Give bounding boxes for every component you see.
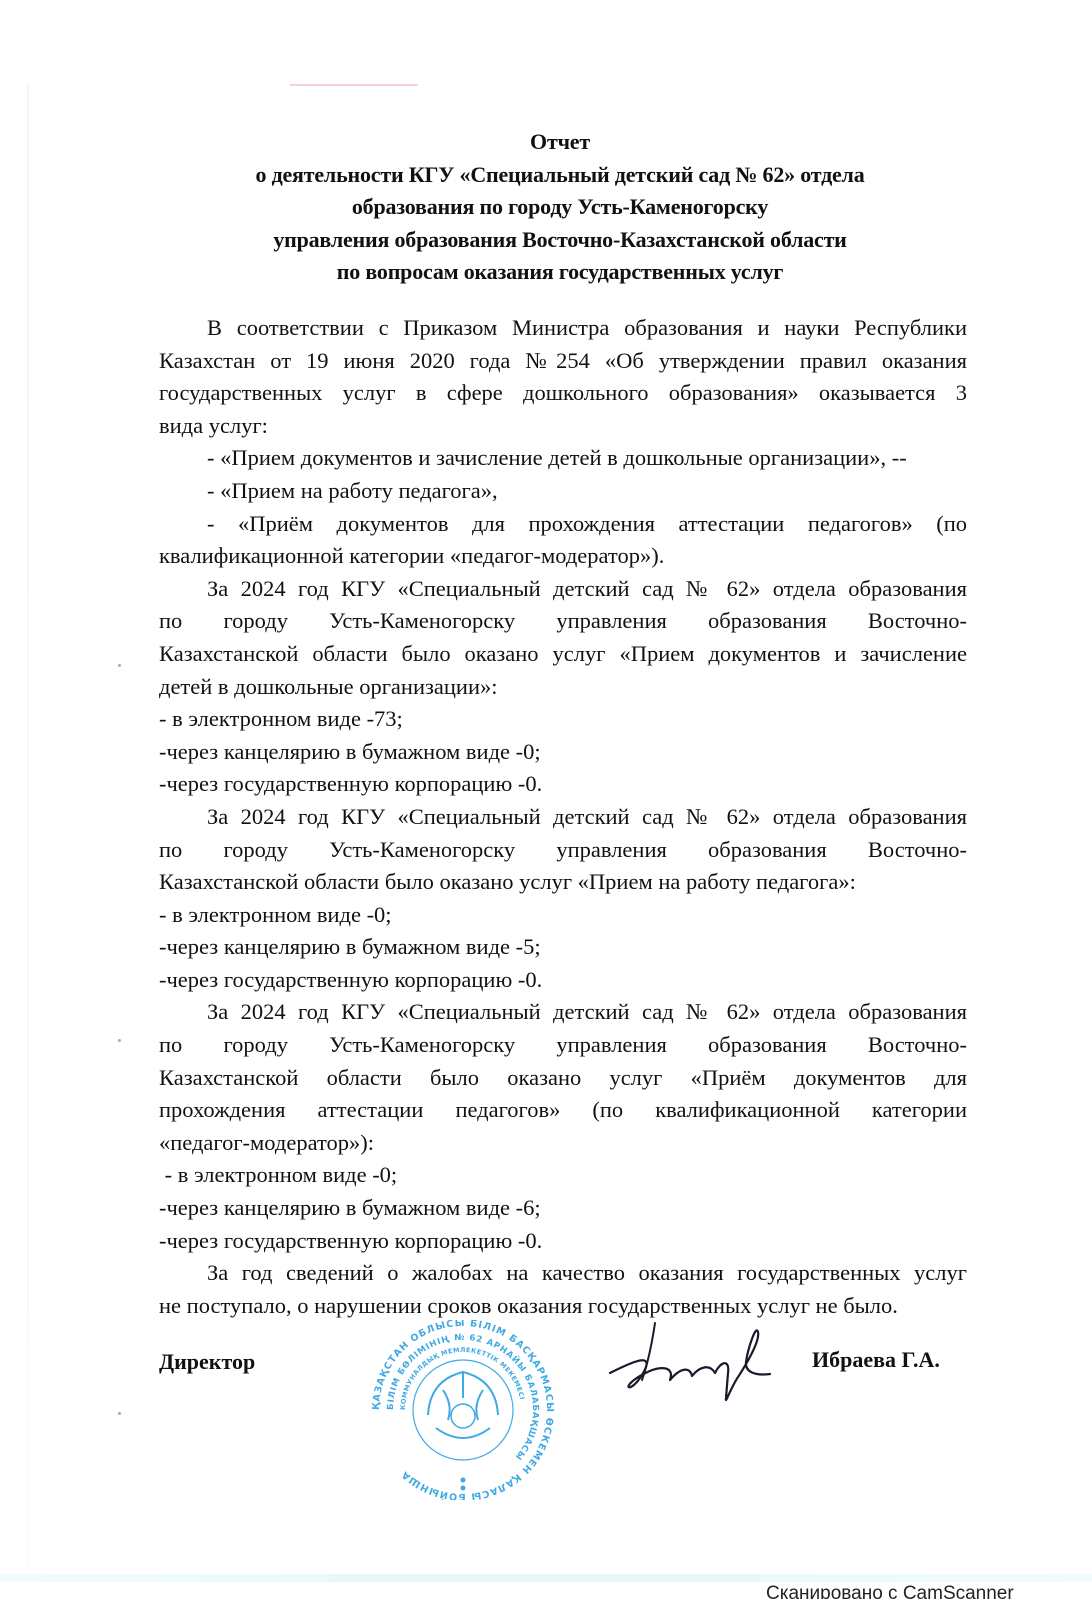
text-line: За 2024 год КГУ «Специальный детский сад… (159, 996, 967, 1029)
stat-electronic: - в электронном виде -0; (159, 1159, 967, 1192)
text-line: по городу Усть-Каменогорску управления о… (159, 605, 967, 638)
service-item: - «Приём документов для прохождения атте… (159, 508, 967, 541)
stat-paper: -через канцелярию в бумажном виде -5; (159, 931, 967, 964)
conclusion-paragraph: За год сведений о жалобах на качество ок… (159, 1257, 967, 1322)
position-label: Директор (159, 1349, 255, 1375)
text-line: «педагог-модератор»): (159, 1127, 967, 1160)
text-line: За 2024 год КГУ «Специальный детский сад… (159, 801, 967, 834)
stat-state-corp: -через государственную корпорацию -0. (159, 964, 967, 997)
text-line: В соответствии с Приказом Министра образ… (159, 312, 967, 345)
document-title: Отчет о деятельности КГУ «Специальный де… (150, 126, 970, 289)
signature-row: Директор Ибраева Г.А. (159, 1345, 959, 1385)
service-item: - «Прием на работу педагога», (159, 475, 967, 508)
text-line: по городу Усть-Каменогорску управления о… (159, 1029, 967, 1062)
title-line: по вопросам оказания государственных усл… (150, 256, 970, 289)
scan-mark-artifact (290, 84, 418, 86)
text-line: прохождения аттестации педагогов» (по кв… (159, 1094, 967, 1127)
stat-state-corp: -через государственную корпорацию -0. (159, 768, 967, 801)
title-line: о деятельности КГУ «Специальный детский … (150, 159, 970, 192)
scan-dot-artifact (118, 1039, 121, 1042)
scanned-page: Отчет о деятельности КГУ «Специальный де… (0, 0, 1092, 1582)
text-line: Казахстан от 19 июня 2020 года №254 «Об … (159, 345, 967, 378)
text-line: государственных услуг в сфере дошкольног… (159, 377, 967, 410)
text-line: За год сведений о жалобах на качество ок… (159, 1257, 967, 1290)
scan-border-tint (0, 1574, 1092, 1582)
title-line: управления образования Восточно-Казахста… (150, 224, 970, 257)
text-line: Казахстанской области было оказано услуг… (159, 866, 967, 899)
text-line: вида услуг: (159, 410, 967, 443)
stat-electronic: - в электронном виде -0; (159, 899, 967, 932)
signatory-name: Ибраева Г.А. (812, 1347, 940, 1373)
stat-electronic: - в электронном виде -73; (159, 703, 967, 736)
camscanner-watermark: Сканировано с CamScanner (766, 1583, 1014, 1599)
section-teacher-hiring: За 2024 год КГУ «Специальный детский сад… (159, 801, 967, 997)
stat-paper: -через канцелярию в бумажном виде -0; (159, 736, 967, 769)
service-item: - «Прием документов и зачисление детей в… (159, 442, 967, 475)
scan-dot-artifact (118, 664, 121, 667)
document-body: В соответствии с Приказом Министра образ… (159, 312, 967, 1322)
text-line: не поступало, о нарушении сроков оказани… (159, 1290, 967, 1323)
title-line: образования по городу Усть-Каменогорску (150, 191, 970, 224)
text-line: За 2024 год КГУ «Специальный детский сад… (159, 573, 967, 606)
section-enrollment: За 2024 год КГУ «Специальный детский сад… (159, 573, 967, 801)
text-line: по городу Усть-Каменогорску управления о… (159, 834, 967, 867)
service-item-continuation: квалификационной категории «педагог-моде… (159, 540, 967, 573)
scan-edge-artifact (27, 84, 29, 1564)
stat-paper: -через канцелярию в бумажном виде -6; (159, 1192, 967, 1225)
text-line: Казахстанской области было оказано услуг… (159, 638, 967, 671)
text-line: Казахстанской области было оказано услуг… (159, 1062, 967, 1095)
stat-state-corp: -через государственную корпорацию -0. (159, 1225, 967, 1258)
text-line: детей в дошкольные организации»: (159, 671, 967, 704)
services-list: - «Прием документов и зачисление детей в… (159, 442, 967, 572)
scan-dot-artifact (118, 1412, 121, 1415)
intro-paragraph: В соответствии с Приказом Министра образ… (159, 312, 967, 442)
section-attestation: За 2024 год КГУ «Специальный детский сад… (159, 996, 967, 1257)
title-line: Отчет (150, 126, 970, 159)
